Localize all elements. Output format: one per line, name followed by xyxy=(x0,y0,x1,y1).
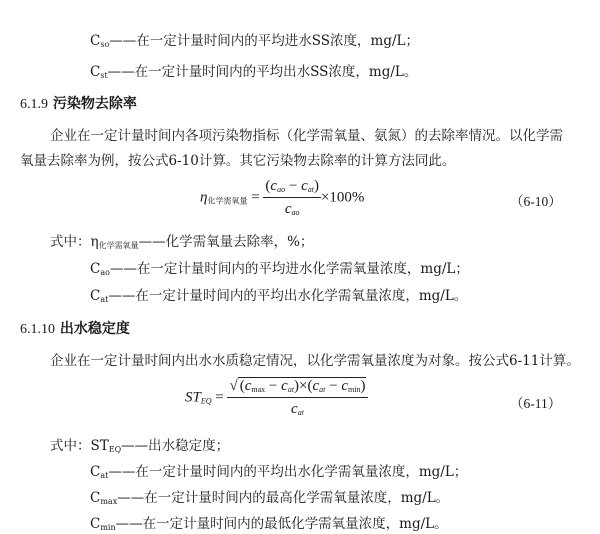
def-cso: Cso——在一定计量时间内的平均进水SS浓度，mg/L； xyxy=(90,32,419,54)
def-cmin: Cmin——在一定计量时间内的最低化学需氧量浓度，mg/L。 xyxy=(90,515,448,534)
equation-6-10: η化学需氧量 = (cao − cat) cao ×100% xyxy=(200,178,364,218)
def-cat: Cat——在一定计量时间内的平均出水化学需氧量浓度，mg/L； xyxy=(90,463,467,485)
equation-6-11: STEQ = √(cmax − cat)×(cat − cmin) cat xyxy=(185,378,368,418)
paragraph: 企业在一定计量时间内出水水质稳定情况，以化学需氧量浓度为对象。按公式6-11计算… xyxy=(50,352,580,370)
def-cmax: Cmax——在一定计量时间内的最高化学需氧量浓度，mg/L。 xyxy=(90,489,449,511)
paragraph: 企业在一定计量时间内各项污染物指标（化学需氧量、氨氮）的去除率情况。以化学需 xyxy=(50,127,563,145)
section-heading-6-1-10: 6.1.10 出水稳定度 xyxy=(20,320,130,339)
def-cat: Cat——在一定计量时间内的平均出水化学需氧量浓度，mg/L。 xyxy=(90,287,467,309)
equation-number: （6-10） xyxy=(510,190,562,210)
section-heading-6-1-9: 6.1.9 污染物去除率 xyxy=(20,95,137,114)
def-cst: Cst——在一定计量时间内的平均出水SS浓度，mg/L。 xyxy=(90,63,417,85)
paragraph: 氧量去除率为例，按公式6-10计算。其它污染物去除率的计算方法同此。 xyxy=(20,152,455,170)
equation-number: （6-11） xyxy=(510,392,561,412)
def-eta: 式中：η化学需氧量——化学需氧量去除率，%； xyxy=(50,233,313,255)
def-steq: 式中：STEQ——出水稳定度； xyxy=(50,437,229,459)
def-cao: Cao——在一定计量时间内的平均进水化学需氧量浓度，mg/L； xyxy=(90,260,469,282)
